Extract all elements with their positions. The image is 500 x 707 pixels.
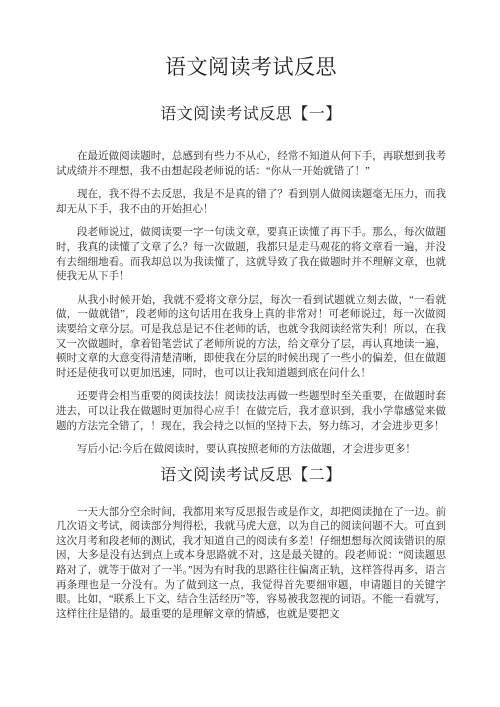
paragraph: 一天大部分空余时间，我都用来写反思报告或是作文，却把阅读抛在了一边。前几次语文考… — [56, 506, 446, 623]
paragraph: 段老师说过，做阅读要一字一句读文章，要真正读懂了再下手。那么，每次做题时，我真的… — [56, 226, 446, 284]
paragraph: 在最近做阅读题时，总感到有些力不从心，经常不知道从何下手，再联想到我考试成绩并不… — [56, 150, 446, 179]
section-2-heading: 语文阅读考试反思【二】 — [56, 467, 446, 484]
paragraph: 现在，我不得不去反思，我是不是真的错了？看到别人做阅读题毫无压力，而我却无从下手… — [56, 188, 446, 217]
document-title: 语文阅读考试反思 — [56, 54, 446, 81]
paragraph: 从我小时候开始，我就不爱将文章分层，每次一看到试题就立刻去做，“一看就做，一做就… — [56, 294, 446, 382]
paragraph-postscript: 写后小记:今后在做阅读时，要认真按照老师的方法做题，才会进步更多！ — [56, 443, 446, 458]
section-1-heading: 语文阅读考试反思【一】 — [56, 106, 446, 123]
paragraph: 还要背会相当重要的阅读技法！阅读技法再做一些题型时至关重要，在做题时套进去，可以… — [56, 390, 446, 434]
document-page: 语文阅读考试反思 语文阅读考试反思【一】 在最近做阅读题时，总感到有些力不从心，… — [0, 0, 500, 707]
